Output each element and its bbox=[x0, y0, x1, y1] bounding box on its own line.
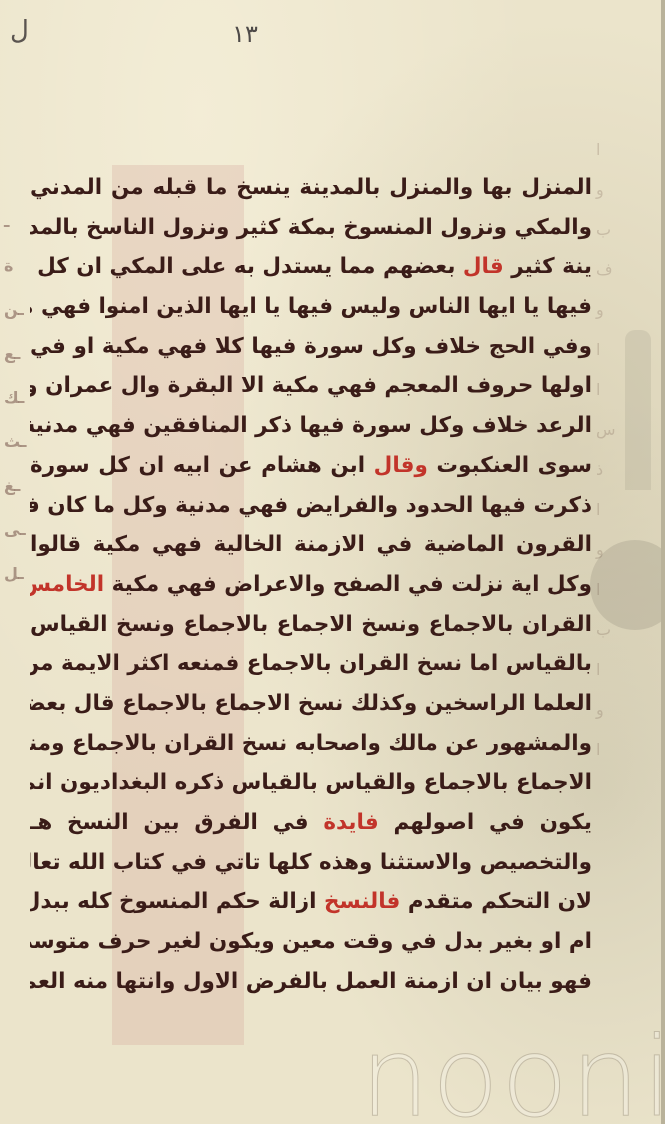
rubric-qala: قال bbox=[463, 254, 504, 279]
bleed-glyph: و bbox=[596, 530, 618, 570]
bleed-glyph: ـك bbox=[4, 376, 20, 420]
text-line: والمشهور عن مالك واصحابه نسخ القران بالا… bbox=[30, 724, 592, 764]
corner-mark: ل bbox=[10, 16, 29, 46]
text-line: فهو بيان ان ازمنة العمل بالفرض الاول وان… bbox=[30, 962, 592, 1002]
bleed-glyph: ا bbox=[596, 330, 618, 370]
text-line: القران بالاجماع ونسخ الاجماع بالاجماع ون… bbox=[30, 605, 592, 645]
manuscript-page: ل ١٣ ـةـنـعـكـثـغـىـل اوبفوااسذاواباوا ا… bbox=[0, 0, 665, 1124]
bleed-glyph: و bbox=[596, 290, 618, 330]
bleed-glyph: ـث bbox=[4, 420, 20, 464]
bleed-glyph: ا bbox=[596, 570, 618, 610]
bleed-glyph: ا bbox=[596, 370, 618, 410]
text-line: العلما الراسخين وكذلك نسخ الاجماع بالاجم… bbox=[30, 684, 592, 724]
bleed-glyph: ف bbox=[596, 250, 618, 290]
bleed-glyph: ب bbox=[596, 610, 618, 650]
bleed-glyph: ا bbox=[596, 730, 618, 770]
bleed-glyph: ـغ bbox=[4, 464, 20, 508]
text-line: ينة كثير قال بعضهم مما يستدل به على المك… bbox=[30, 247, 592, 287]
text-line: ام او بغير بدل في وقت معين ويكون لغير حر… bbox=[30, 922, 592, 962]
text-line: وكل اية نزلت في الصفح والاعراض فهي مكية … bbox=[30, 565, 592, 605]
right-margin-bleed-through: اوبفوااسذاواباوا bbox=[596, 130, 618, 770]
text-line: بالقياس اما نسخ القران بالاجماع فمنعه اك… bbox=[30, 644, 592, 684]
bleed-glyph: و bbox=[596, 170, 618, 210]
text-line: يكون في اصولهم فايدة في الفرق بين النسخ … bbox=[30, 803, 592, 843]
rubric-faida: فايدة bbox=[323, 810, 378, 835]
bleed-glyph: و bbox=[596, 690, 618, 730]
bleed-glyph: س bbox=[596, 410, 618, 450]
bleed-glyph: ا bbox=[596, 490, 618, 530]
manuscript-text-block: المنزل بها والمنزل بالمدينة ينسخ ما قبله… bbox=[30, 168, 592, 1001]
bleed-glyph: ـل bbox=[4, 552, 20, 596]
bleed-glyph: ـى bbox=[4, 508, 20, 552]
left-margin-bleed-through: ـةـنـعـكـثـغـىـل bbox=[4, 200, 20, 596]
bleed-glyph: ـ bbox=[4, 200, 20, 244]
rubric-fannaskh: فالنسخ bbox=[324, 889, 400, 914]
bleed-glyph: ب bbox=[596, 210, 618, 250]
bleed-glyph: ـع bbox=[4, 332, 20, 376]
rubric-waqala: وقال bbox=[374, 453, 428, 478]
bleed-glyph: ا bbox=[596, 130, 618, 170]
text-line: الاجماع بالاجماع والقياس بالقياس ذكره ال… bbox=[30, 763, 592, 803]
folio-number: ١٣ bbox=[215, 20, 275, 48]
page-edge bbox=[661, 0, 665, 1124]
bleed-glyph: ا bbox=[596, 650, 618, 690]
rubric-alkhamis: الخامس bbox=[30, 572, 104, 597]
bleed-glyph: ة bbox=[4, 244, 20, 288]
text-line: ذكرت فيها الحدود والفرايض فهي مدنية وكل … bbox=[30, 486, 592, 526]
watermark-logo: noonir bbox=[360, 1022, 665, 1124]
text-line: وفي الحج خلاف وكل سورة فيها كلا فهي مكية… bbox=[30, 327, 592, 367]
bleed-glyph: ذ bbox=[596, 450, 618, 490]
bleed-glyph: ـن bbox=[4, 288, 20, 332]
text-line: سوى العنكبوت وقال ابن هشام عن ابيه ان كل… bbox=[30, 446, 592, 486]
text-line: فيها يا ايها الناس وليس فيها يا ايها الذ… bbox=[30, 287, 592, 327]
show-through-stain bbox=[625, 330, 651, 490]
text-line: والمكي ونزول المنسوخ بمكة كثير ونزول الن… bbox=[30, 208, 592, 248]
text-line: والتخصيص والاستثنا وهذه كلها تاتي في كتا… bbox=[30, 843, 592, 883]
text-line: الرعد خلاف وكل سورة فيها ذكر المنافقين ف… bbox=[30, 406, 592, 446]
text-line: المنزل بها والمنزل بالمدينة ينسخ ما قبله… bbox=[30, 168, 592, 208]
text-line: اولها حروف المعجم فهي مكية الا البقرة وا… bbox=[30, 366, 592, 406]
text-line: لان التحكم متقدم فالنسخ ازالة حكم المنسو… bbox=[30, 882, 592, 922]
text-line: القرون الماضية في الازمنة الخالية فهي مك… bbox=[30, 525, 592, 565]
